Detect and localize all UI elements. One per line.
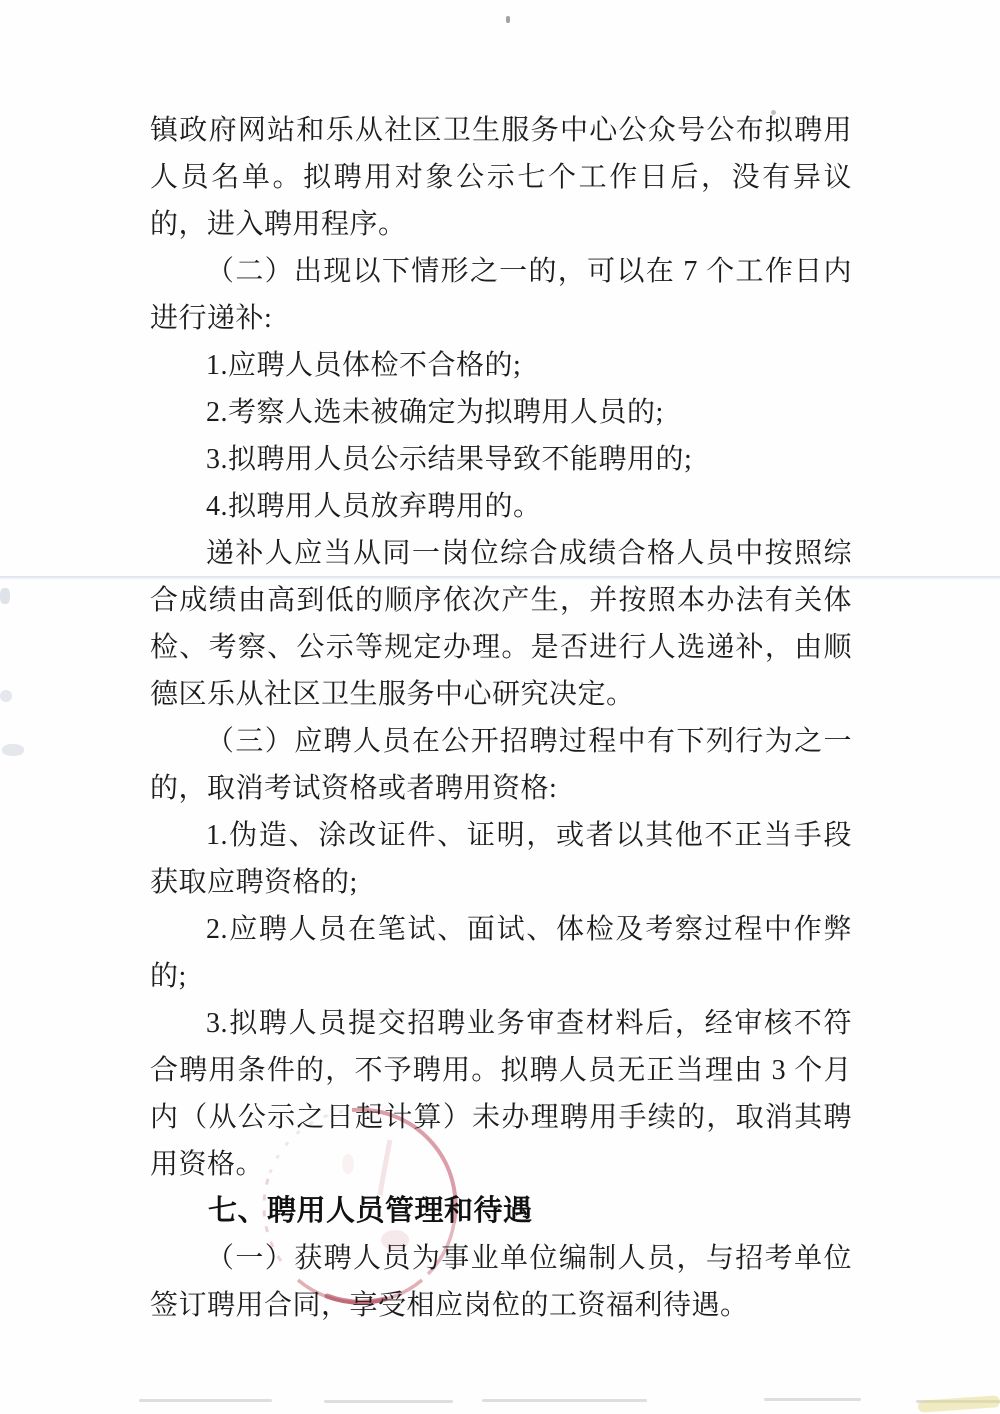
paragraph-item-1c: （一）获聘人员为事业单位编制人员，与招考单位签订聘用合同，享受相应岗位的工资福利… <box>150 1235 852 1329</box>
bottom-scan-streak-artifact <box>324 1400 453 1403</box>
document-body: 镇政府网站和乐从社区卫生服务中心公众号公布拟聘用人员名单。拟聘用对象公示七个工作… <box>150 107 852 1329</box>
edge-smudge-artifact <box>0 588 10 604</box>
list-item-2: 2.考察人选未被确定为拟聘用人员的; <box>150 389 852 436</box>
list-item-1b: 1.伪造、涂改证件、证明，或者以其他不正当手段获取应聘资格的; <box>150 812 852 906</box>
dust-speck-artifact <box>506 16 510 23</box>
paragraph-supplement-rule: 递补人应当从同一岗位综合成绩合格人员中按照综合成绩由高到低的顺序依次产生，并按照… <box>150 530 852 718</box>
yellow-stain-artifact <box>918 1395 1000 1413</box>
bottom-scan-streak-artifact <box>916 1400 1000 1403</box>
list-item-3b: 3.拟聘人员提交招聘业务审查材料后，经审核不符合聘用条件的，不予聘用。拟聘人员无… <box>150 1000 852 1188</box>
page-number: 5 <box>150 1290 852 1310</box>
bottom-scan-streak-artifact <box>764 1398 861 1401</box>
paragraph-item-3: （三）应聘人员在公开招聘过程中有下列行为之一的，取消考试资格或者聘用资格: <box>150 718 852 812</box>
section-heading: 七、聘用人员管理和待遇 <box>150 1188 852 1235</box>
edge-smudge-artifact <box>2 744 24 756</box>
document-page: 镇政府网站和乐从社区卫生服务中心公众号公布拟聘用人员名单。拟聘用对象公示七个工作… <box>0 0 1000 1414</box>
bottom-scan-streak-artifact <box>139 1399 272 1402</box>
paragraph-continuation: 镇政府网站和乐从社区卫生服务中心公众号公布拟聘用人员名单。拟聘用对象公示七个工作… <box>150 107 852 248</box>
paragraph-item-2: （二）出现以下情形之一的，可以在 7 个工作日内进行递补: <box>150 248 852 342</box>
list-item-4: 4.拟聘用人员放弃聘用的。 <box>150 483 852 530</box>
edge-smudge-artifact <box>0 690 12 702</box>
list-item-3: 3.拟聘用人员公示结果导致不能聘用的; <box>150 436 852 483</box>
list-item-1: 1.应聘人员体检不合格的; <box>150 342 852 389</box>
bottom-scan-streak-artifact <box>482 1399 647 1402</box>
list-item-2b: 2.应聘人员在笔试、面试、体检及考察过程中作弊的; <box>150 906 852 1000</box>
